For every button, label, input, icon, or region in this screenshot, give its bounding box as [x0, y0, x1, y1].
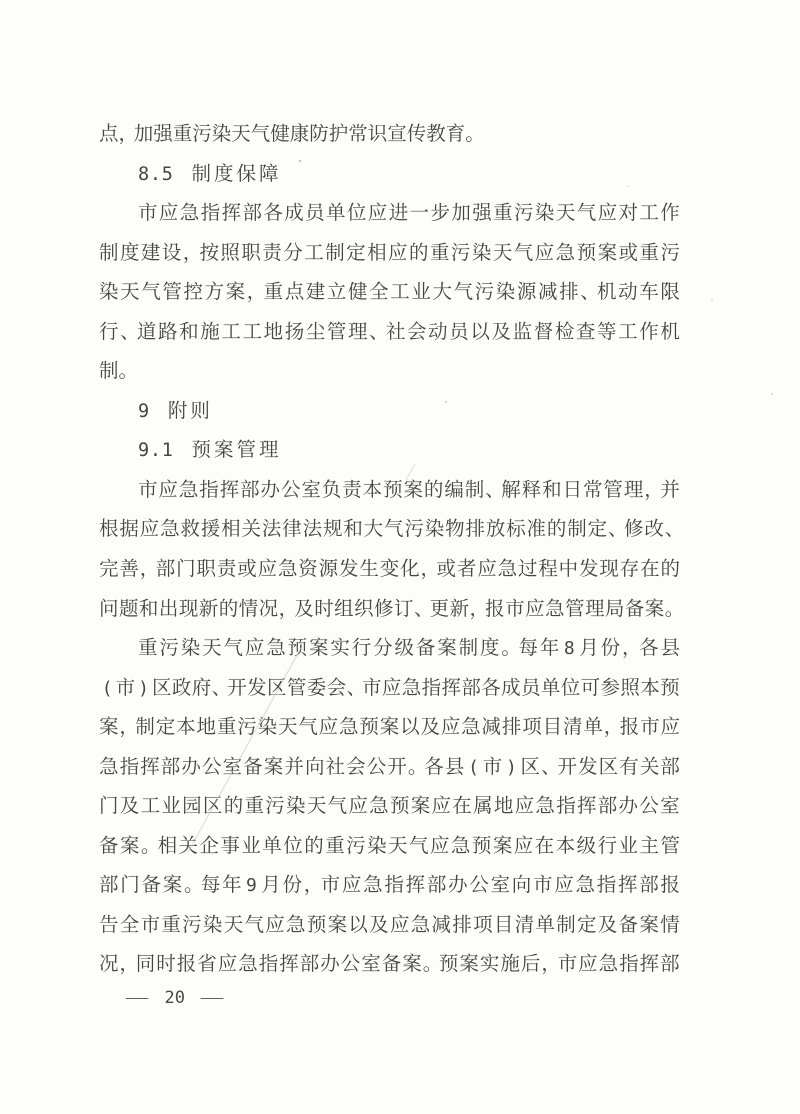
cjk-char: 的	[304, 827, 324, 867]
cjk-char: 备	[141, 866, 161, 906]
cjk-char: 应	[477, 550, 497, 590]
cjk-char: 指	[120, 748, 140, 788]
cjk-char: 各	[263, 194, 283, 234]
punctuation-char: 。	[665, 590, 680, 630]
cjk-char: 局	[605, 590, 625, 630]
cjk-char: 在	[640, 550, 660, 590]
cjk-char: 案	[99, 708, 119, 748]
cjk-char: 急	[545, 590, 565, 630]
text-line: 案，制定本地重污染天气应急预案以及应急减排项目清单，报市应	[99, 708, 680, 748]
cjk-char: 社	[386, 313, 406, 353]
cjk-char: 染	[258, 708, 278, 748]
cjk-char: 挥	[442, 669, 462, 709]
cjk-char: 组	[334, 590, 354, 630]
cjk-char: 项	[473, 906, 493, 946]
cjk-char: 室	[660, 787, 680, 827]
cjk-char: 理	[585, 590, 605, 630]
cjk-char: 和	[139, 590, 159, 630]
cjk-char: 法	[262, 510, 282, 550]
cjk-char: 预	[439, 945, 459, 985]
text-line: 部门备案。每年9月份，市应急指挥部办公室向市应急指挥部报	[99, 866, 680, 906]
cjk-char: 属	[473, 787, 493, 827]
cjk-char: 急	[179, 471, 199, 511]
cjk-char: 案	[437, 629, 457, 669]
cjk-char: 定	[588, 510, 608, 550]
cjk-char: 应	[578, 945, 598, 985]
latin-token: (	[465, 748, 481, 788]
cjk-char: 排	[465, 510, 485, 550]
cjk-char: 位	[347, 194, 367, 234]
text-line: 重污染天气应急预案实行分级备案制度。每年8月份，各县	[99, 629, 680, 669]
scan-speck	[711, 299, 713, 301]
paragraph-9-1-b: 重污染天气应急预案实行分级备案制度。每年8月份，各县(市)区政府、开发区管委会、…	[99, 629, 680, 985]
cjk-char: 及	[598, 906, 618, 946]
cjk-char: 公	[639, 787, 659, 827]
cjk-char: 府	[192, 669, 212, 709]
punctuation-char: 。	[119, 352, 134, 392]
cjk-char: 部	[242, 194, 262, 234]
punctuation-char: 、	[346, 669, 361, 709]
cjk-char: 施	[200, 313, 220, 353]
cjk-char: 天	[224, 906, 244, 946]
cjk-char: 委	[307, 669, 327, 709]
cjk-char: 社	[326, 748, 346, 788]
cjk-char: 污	[192, 115, 212, 155]
cjk-char: 点	[285, 273, 305, 313]
cjk-char: 业	[411, 273, 431, 313]
cjk-char: 责	[217, 550, 237, 590]
cjk-char: 分	[373, 629, 393, 669]
cjk-char: 制	[325, 234, 345, 274]
cjk-char: 大	[364, 510, 384, 550]
cjk-char: 或	[619, 234, 639, 274]
cjk-char: 备	[99, 827, 119, 867]
cjk-char: 应	[140, 510, 160, 550]
cjk-char: 修	[624, 510, 644, 550]
cjk-char: 解	[501, 471, 521, 511]
cjk-char: 扬	[285, 313, 305, 353]
text-line: (市)区政府、开发区管委会、市应急指挥部各成员单位可参照本预	[99, 669, 680, 709]
cjk-char: 急	[451, 827, 471, 867]
cjk-char: 室	[301, 471, 321, 511]
cjk-char: 建	[141, 234, 161, 274]
cjk-char: 公	[469, 866, 489, 906]
cjk-char: 部	[156, 550, 176, 590]
cjk-char: 查	[576, 313, 596, 353]
cjk-char: 门	[120, 866, 140, 906]
cjk-char: 目	[543, 708, 563, 748]
punctuation-char: ，	[470, 590, 485, 630]
cjk-char: 应	[319, 708, 339, 748]
cjk-char: 区	[203, 787, 223, 827]
cjk-char: 污	[159, 629, 179, 669]
cjk-char: 应	[258, 550, 278, 590]
cjk-char: 减	[538, 273, 558, 313]
cjk-char: 在	[535, 827, 555, 867]
cjk-char: 应	[159, 194, 179, 234]
cjk-char: 告	[99, 906, 119, 946]
punctuation-char: 、	[212, 669, 227, 709]
text-line: 告全市重污染天气应急预案以及应急减排项目清单制定及备案情	[99, 906, 680, 946]
cjk-char: 等	[597, 313, 617, 353]
cjk-char: 预	[577, 234, 597, 274]
cjk-char: 关	[640, 748, 660, 788]
cjk-char: 案	[403, 471, 423, 511]
cjk-char: 强	[153, 115, 173, 155]
cjk-char: 作	[660, 194, 680, 234]
cjk-char: 染	[367, 827, 387, 867]
cjk-char: 物	[445, 510, 465, 550]
cjk-char: 加	[134, 115, 154, 155]
cjk-char: 年	[222, 866, 242, 906]
cjk-char: 污	[265, 787, 285, 827]
cjk-char: 染	[203, 906, 223, 946]
cjk-char: 应	[388, 234, 408, 274]
cjk-char: 及	[120, 787, 140, 827]
cjk-char: 释	[522, 471, 542, 511]
cjk-char: 应	[390, 906, 410, 946]
cjk-char: 善	[119, 550, 139, 590]
text-line: 染天气管控方案，重点建立健全工业大气污染源减排、机动车限	[99, 273, 680, 313]
cjk-char: 变	[380, 550, 400, 590]
cjk-char: 急	[556, 234, 576, 274]
latin-token: (	[99, 669, 115, 709]
text-line: 门及工业园区的重污染天气应急预案应在属地应急指挥部办公室	[99, 787, 680, 827]
cjk-char: 报	[177, 945, 197, 985]
cjk-char: 急	[599, 945, 619, 985]
cjk-char: 强	[472, 194, 492, 234]
cjk-char: 急	[402, 669, 422, 709]
scan-speck	[771, 393, 773, 395]
section-number: 9	[138, 392, 150, 432]
cjk-char: 染	[496, 273, 516, 313]
cjk-char: 存	[620, 550, 640, 590]
cjk-char: 预	[383, 471, 403, 511]
cjk-char: 染	[212, 115, 232, 155]
cjk-char: 规	[323, 510, 343, 550]
cjk-char: 指	[259, 945, 279, 985]
cjk-char: 机	[597, 273, 617, 313]
cjk-char: 案	[328, 906, 348, 946]
cjk-char: 定	[346, 234, 366, 274]
cjk-char: 重	[264, 273, 284, 313]
cjk-char: 动	[618, 273, 638, 313]
cjk-char: 预	[288, 629, 308, 669]
punctuation-char: ，	[119, 708, 134, 748]
cjk-char: 急	[238, 945, 258, 985]
cjk-char: 挥	[406, 866, 426, 906]
cjk-char: 控	[183, 273, 203, 313]
cjk-char: 重	[493, 194, 513, 234]
cjk-char: 部	[427, 866, 447, 906]
cjk-char: 区	[267, 669, 287, 709]
cjk-char: 挥	[618, 866, 638, 906]
cjk-char: 订	[394, 590, 414, 630]
cjk-char: 市	[483, 748, 503, 788]
cjk-char: 每	[518, 629, 538, 669]
punctuation-char: 、	[485, 471, 500, 511]
cjk-char: 报	[620, 708, 640, 748]
cjk-char: 会	[346, 748, 366, 788]
cjk-char: 照	[620, 669, 640, 709]
cjk-char: 问	[99, 590, 119, 630]
cjk-char: 工	[242, 313, 262, 353]
cjk-char: 区	[521, 748, 541, 788]
cjk-char: 工	[639, 194, 659, 234]
punctuation-char: 。	[408, 748, 423, 788]
cjk-char: 常	[348, 115, 368, 155]
cjk-char: 挥	[140, 748, 160, 788]
cjk-char: 工	[390, 273, 410, 313]
cjk-char: 管	[287, 669, 307, 709]
cjk-char: 成	[284, 194, 304, 234]
cjk-char: 急	[278, 550, 298, 590]
cjk-char: 指	[597, 866, 617, 906]
cjk-char: 者	[457, 550, 477, 590]
punctuation-char: 。	[465, 115, 480, 155]
cjk-char: 修	[374, 590, 394, 630]
cjk-char: 急	[498, 550, 518, 590]
punctuation-char: ，	[119, 115, 134, 155]
section-heading-9-1: 9.1预案管理	[99, 431, 680, 471]
cjk-char: 康	[290, 115, 310, 155]
cjk-char: 资	[298, 550, 318, 590]
cjk-char: 更	[430, 590, 450, 630]
cjk-char: 气	[514, 234, 534, 274]
cjk-char: 区	[599, 748, 619, 788]
cjk-char: 并	[660, 471, 680, 511]
section-title: 附则	[168, 392, 213, 432]
cjk-char: 以	[400, 708, 420, 748]
paragraph-9-1-a: 市应急指挥部办公室负责本预案的编制、解释和日常管理，并根据应急救援相关法律法规和…	[99, 471, 680, 629]
cjk-char: 时	[156, 945, 176, 985]
cjk-char: 重	[173, 115, 193, 155]
cjk-char: 指	[201, 194, 221, 234]
footer-right-dash: —	[201, 983, 224, 1011]
cjk-char: 污	[237, 708, 257, 748]
cjk-char: 污	[182, 906, 202, 946]
cjk-char: 气	[141, 273, 161, 313]
cjk-char: 责	[262, 234, 282, 274]
cjk-char: 年	[540, 629, 560, 669]
cjk-char: 目	[494, 906, 514, 946]
cjk-char: 应	[598, 194, 618, 234]
cjk-char: 急	[461, 708, 481, 748]
cjk-char: 案	[459, 945, 479, 985]
punctuation-char: 、	[369, 313, 384, 353]
cjk-char: 染	[181, 629, 201, 669]
cjk-char: 防	[309, 115, 329, 155]
cjk-char: 教	[426, 115, 446, 155]
cjk-char: 天	[307, 787, 327, 827]
cjk-char: 放	[486, 510, 506, 550]
latin-token: )	[135, 669, 151, 709]
cjk-char: 本	[640, 669, 660, 709]
cjk-char: 制	[567, 510, 587, 550]
cjk-char: 行	[352, 629, 372, 669]
punctuation-char: 、	[580, 273, 595, 313]
cjk-char: 预	[307, 906, 327, 946]
cjk-char: 制	[459, 629, 479, 669]
cjk-char: 出	[159, 590, 179, 630]
cjk-char: 染	[535, 194, 555, 234]
cjk-char: 位	[283, 827, 303, 867]
cjk-char: 天	[202, 629, 222, 669]
cjk-char: 定	[156, 708, 176, 748]
cjk-char: 源	[319, 550, 339, 590]
cjk-char: 应	[432, 787, 452, 827]
cjk-char: 应	[660, 708, 680, 748]
cjk-char: 立	[327, 273, 347, 313]
cjk-char: 根	[99, 510, 119, 550]
cjk-char: 相	[221, 510, 241, 550]
cjk-char: 办	[181, 748, 201, 788]
cjk-char: 程	[538, 550, 558, 590]
cjk-char: 制	[465, 471, 485, 511]
punctuation-char: ，	[279, 590, 294, 630]
cjk-char: 急	[180, 194, 200, 234]
cjk-char: 题	[119, 590, 139, 630]
cjk-char: 预	[390, 787, 410, 827]
cjk-char: 况	[99, 945, 119, 985]
cjk-char: 及	[491, 313, 511, 353]
cjk-char: 全	[369, 273, 389, 313]
cjk-char: 进	[389, 194, 409, 234]
cjk-char: 应	[515, 787, 535, 827]
cjk-char: 部	[99, 866, 119, 906]
section-heading-8-5: 8.5制度保障	[99, 155, 680, 195]
cjk-char: 员	[521, 669, 541, 709]
cjk-char: 单	[262, 827, 282, 867]
text-line: 况，同时报省应急指挥部办公室备案。预案实施后，市应急指挥部	[99, 945, 680, 985]
cjk-char: 及	[420, 708, 440, 748]
latin-token: 9	[243, 866, 259, 906]
cjk-char: 急	[160, 510, 180, 550]
cjk-char: 理	[624, 471, 644, 511]
cjk-char: 急	[339, 708, 359, 748]
cjk-char: 完	[99, 550, 119, 590]
cjk-char: 应	[382, 669, 402, 709]
cjk-char: 工	[304, 234, 324, 274]
cjk-char: 市	[138, 471, 158, 511]
cjk-char: 管	[565, 590, 585, 630]
cjk-char: 行	[598, 827, 618, 867]
cjk-char: 气	[328, 787, 348, 827]
cjk-char: 单	[326, 194, 346, 234]
cjk-char: 单	[541, 669, 561, 709]
cjk-char: 或	[437, 550, 457, 590]
cjk-char: 度	[480, 629, 500, 669]
cjk-char: 气	[224, 629, 244, 669]
cjk-char: 会	[407, 313, 427, 353]
cjk-char: 工	[141, 787, 161, 827]
text-line: 制度建设，按照职责分工制定相应的重污染天气应急预案或重污	[99, 234, 680, 274]
punctuation-char: ，	[644, 471, 659, 511]
cjk-char: 改	[644, 510, 664, 550]
cjk-char: 案	[264, 748, 284, 788]
cjk-char: 部	[461, 669, 481, 709]
cjk-char: 急	[575, 866, 595, 906]
cjk-char: 员	[305, 194, 325, 234]
cjk-char: 区	[152, 669, 172, 709]
cjk-char: 重	[325, 827, 345, 867]
punctuation-char: 。	[141, 827, 156, 867]
cjk-char: 案	[639, 906, 659, 946]
cjk-char: 开	[227, 669, 247, 709]
cjk-char: 项	[522, 708, 542, 748]
cjk-char: 指	[619, 945, 639, 985]
cjk-char: 道	[137, 313, 157, 353]
cjk-char: 相	[367, 234, 387, 274]
cjk-char: 单	[583, 708, 603, 748]
cjk-char: 业	[619, 827, 639, 867]
cjk-char: 各	[639, 629, 659, 669]
cjk-char: 门	[99, 787, 119, 827]
section-title: 预案管理	[192, 431, 282, 471]
cjk-char: 和	[542, 471, 562, 511]
cjk-char: 及	[294, 590, 314, 630]
cjk-char: 份	[601, 629, 621, 669]
cjk-char: 督	[534, 313, 554, 353]
cjk-char: 应	[245, 629, 265, 669]
cjk-char: 工	[221, 313, 241, 353]
cjk-char: 尘	[306, 313, 326, 353]
page-footer: — 20 —	[128, 983, 221, 1011]
cjk-char: 援	[201, 510, 221, 550]
cjk-char: 制	[556, 906, 576, 946]
cjk-char: 天	[493, 234, 513, 274]
cjk-char: 发	[579, 550, 599, 590]
cjk-char: 案	[645, 590, 665, 630]
cjk-char: 级	[577, 827, 597, 867]
text-line: 市应急指挥部各成员单位应进一步加强重污染天气应对工作	[99, 194, 680, 234]
cjk-char: 部	[639, 866, 659, 906]
cjk-char: 气	[577, 194, 597, 234]
cjk-char: 制	[135, 708, 155, 748]
cjk-char: 开	[557, 748, 577, 788]
cjk-char: 责	[342, 471, 362, 511]
cjk-char: 案	[411, 787, 431, 827]
punctuation-char: 。	[423, 945, 438, 985]
cjk-char: 的	[409, 234, 429, 274]
cjk-char: 办	[448, 866, 468, 906]
cjk-char: 应	[441, 708, 461, 748]
cjk-char: 室	[491, 866, 511, 906]
cjk-char: 可	[581, 669, 601, 709]
cjk-char: 化	[400, 550, 420, 590]
cjk-char: 同	[136, 945, 156, 985]
cjk-char: 识	[368, 115, 388, 155]
cjk-char: 天	[388, 827, 408, 867]
cjk-char: 急	[99, 748, 119, 788]
cjk-char: 重	[430, 234, 450, 274]
punctuation-char: ，	[247, 273, 262, 313]
text-line: 行、道路和施工工地扬尘管理、社会动员以及监督检查等工作机	[99, 313, 680, 353]
cjk-char: 动	[428, 313, 448, 353]
cjk-char: 清	[563, 708, 583, 748]
cjk-char: 气	[251, 115, 271, 155]
cjk-char: 以	[470, 313, 490, 353]
cjk-char: 应	[535, 234, 555, 274]
cjk-char: 全	[120, 906, 140, 946]
cjk-char: 的	[219, 590, 239, 630]
text-line: 问题和出现新的情况，及时组织修订、更新，报市应急管理局备案。	[99, 590, 680, 630]
cjk-char: 管	[327, 313, 347, 353]
section-number: 8.5	[138, 155, 174, 195]
cjk-char: 月	[579, 629, 599, 669]
cjk-char: 市	[141, 906, 161, 946]
cjk-char: 气	[298, 708, 318, 748]
